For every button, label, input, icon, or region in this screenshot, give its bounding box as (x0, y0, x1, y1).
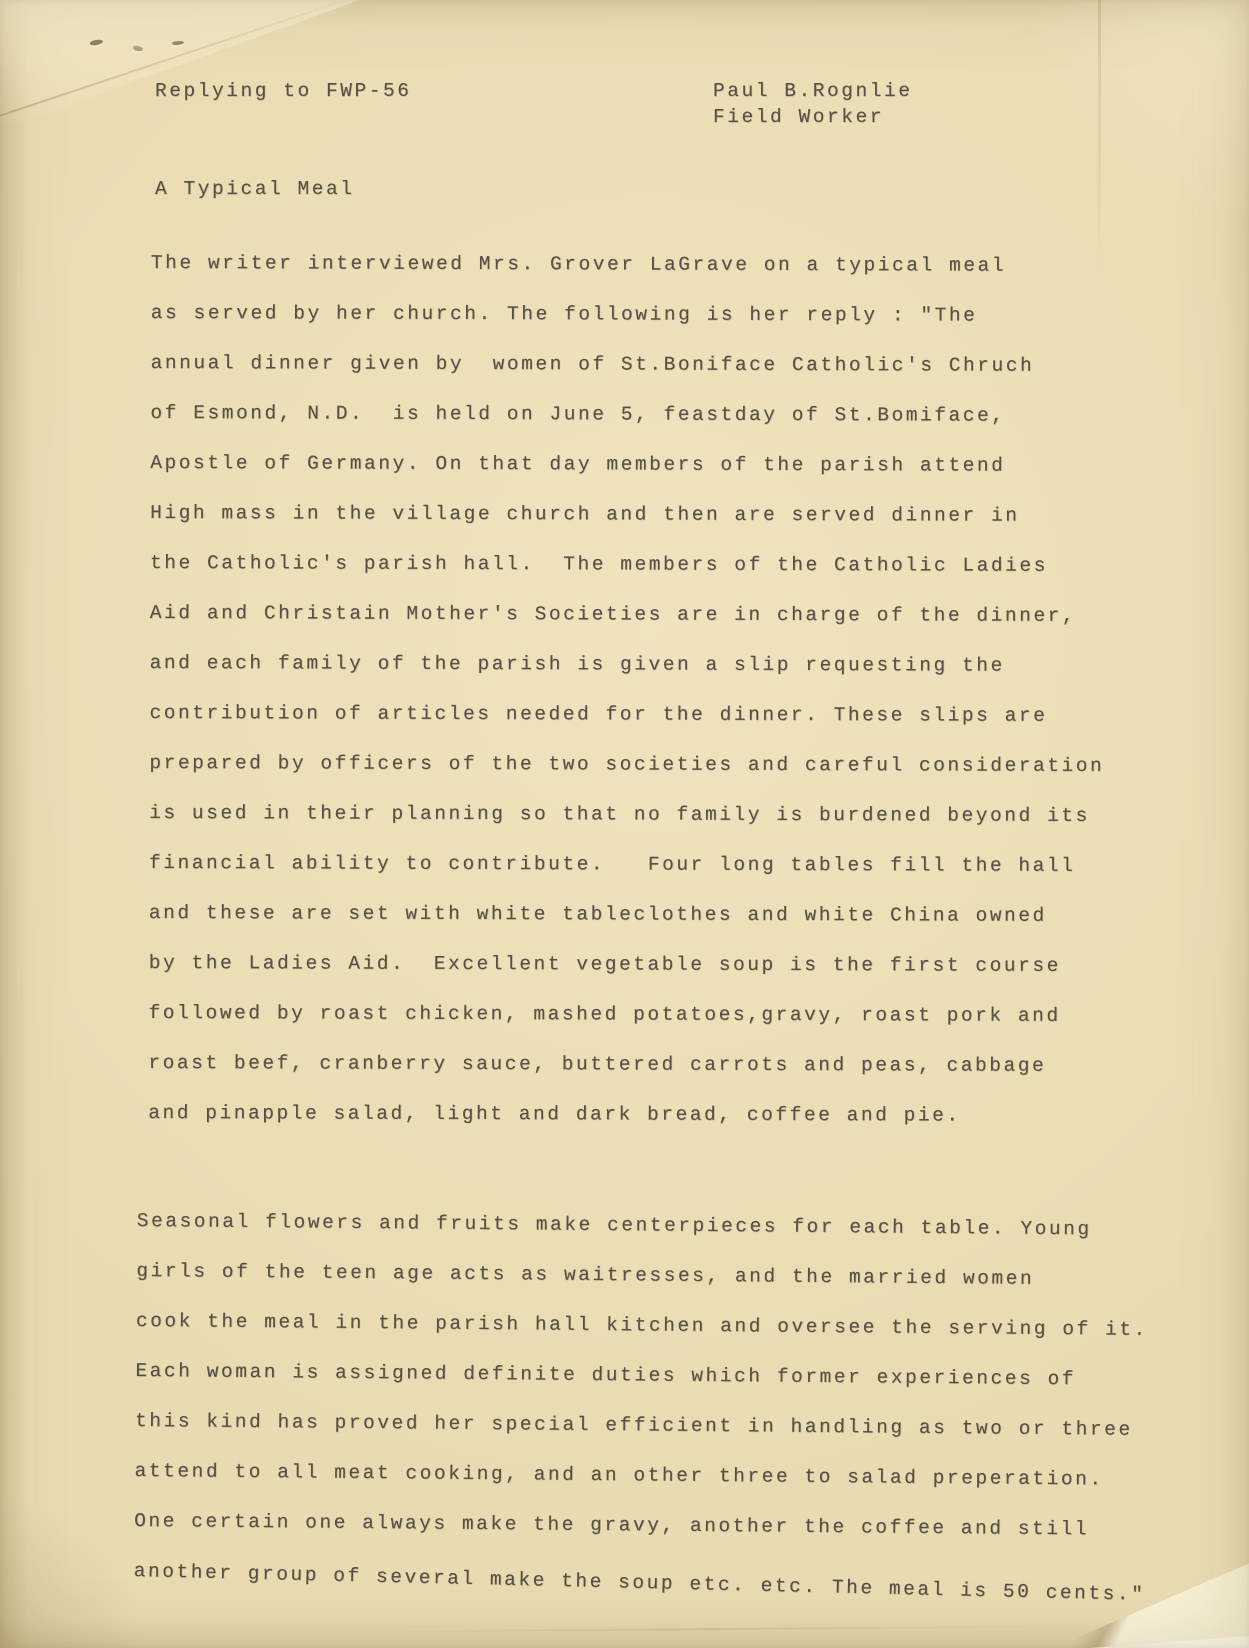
author-name: Paul B.Rognlie (713, 78, 913, 104)
typed-line: prepared by officers of the two societie… (149, 738, 1104, 791)
typed-line: and these are set with white tableclothe… (149, 888, 1104, 941)
typed-line: followed by roast chicken, mashed potato… (148, 988, 1103, 1041)
typed-line: Each woman is assigned definite duties w… (135, 1346, 1147, 1405)
typed-line: another group of several make the soup e… (133, 1546, 1146, 1620)
typed-line: the Catholic's parish hall. The members … (150, 538, 1105, 591)
paper-crease-bottom (400, 1626, 1040, 1632)
document-title: A Typical Meal (155, 176, 355, 202)
paper-fold-top-left (0, 0, 360, 130)
typed-line: Aid and Christain Mother's Societies are… (150, 588, 1105, 641)
typed-line: girls of the teen age acts as waitresses… (136, 1246, 1148, 1305)
pencil-mark (90, 39, 104, 47)
author-role: Field Worker (713, 104, 913, 130)
typed-line: financial ability to contribute. Four lo… (149, 838, 1104, 891)
author-block: Paul B.Rognlie Field Worker (713, 78, 913, 130)
pencil-mark (172, 40, 184, 45)
paragraph-1: The writer interviewed Mrs. Grover LaGra… (148, 238, 1106, 1141)
typed-line: cook the meal in the parish hall kitchen… (136, 1296, 1148, 1355)
paper-crease-right-edge (1098, 0, 1101, 280)
typed-line: High mass in the village church and then… (150, 488, 1105, 541)
typed-line: attend to all meat cooking, and an other… (134, 1446, 1146, 1505)
typed-line: The writer interviewed Mrs. Grover LaGra… (151, 238, 1106, 291)
pencil-mark (133, 45, 144, 52)
typed-line: and pinapple salad, light and dark bread… (148, 1088, 1103, 1141)
typed-line: of Esmond, N.D. is held on June 5, feast… (150, 388, 1105, 441)
reference-line: Replying to FWP-56 (155, 78, 412, 104)
typed-line: is used in their planning so that no fam… (149, 788, 1104, 841)
typed-line: Seasonal flowers and fruits make centerp… (137, 1196, 1149, 1255)
document-page: Replying to FWP-56 Paul B.Rognlie Field … (0, 0, 1249, 1648)
typed-line: as served by her church. The following i… (151, 288, 1106, 341)
paper-fold-bottom-right-edge (1090, 1636, 1249, 1648)
typed-line: annual dinner given by women of St.Bonif… (151, 338, 1106, 391)
typed-line: by the Ladies Aid. Excellent vegetable s… (149, 938, 1104, 991)
typed-line: contribution of articles needed for the … (149, 688, 1104, 741)
typed-line: One certain one always make the gravy, a… (134, 1496, 1146, 1555)
typed-line: Apostle of Germany. On that day members … (150, 438, 1105, 491)
typed-line: and each family of the parish is given a… (150, 638, 1105, 691)
typed-line: this kind has proved her special efficie… (135, 1396, 1147, 1455)
paragraph-2: Seasonal flowers and fruits make centerp… (134, 1196, 1149, 1605)
typed-line: roast beef, cranberry sauce, buttered ca… (148, 1038, 1103, 1091)
